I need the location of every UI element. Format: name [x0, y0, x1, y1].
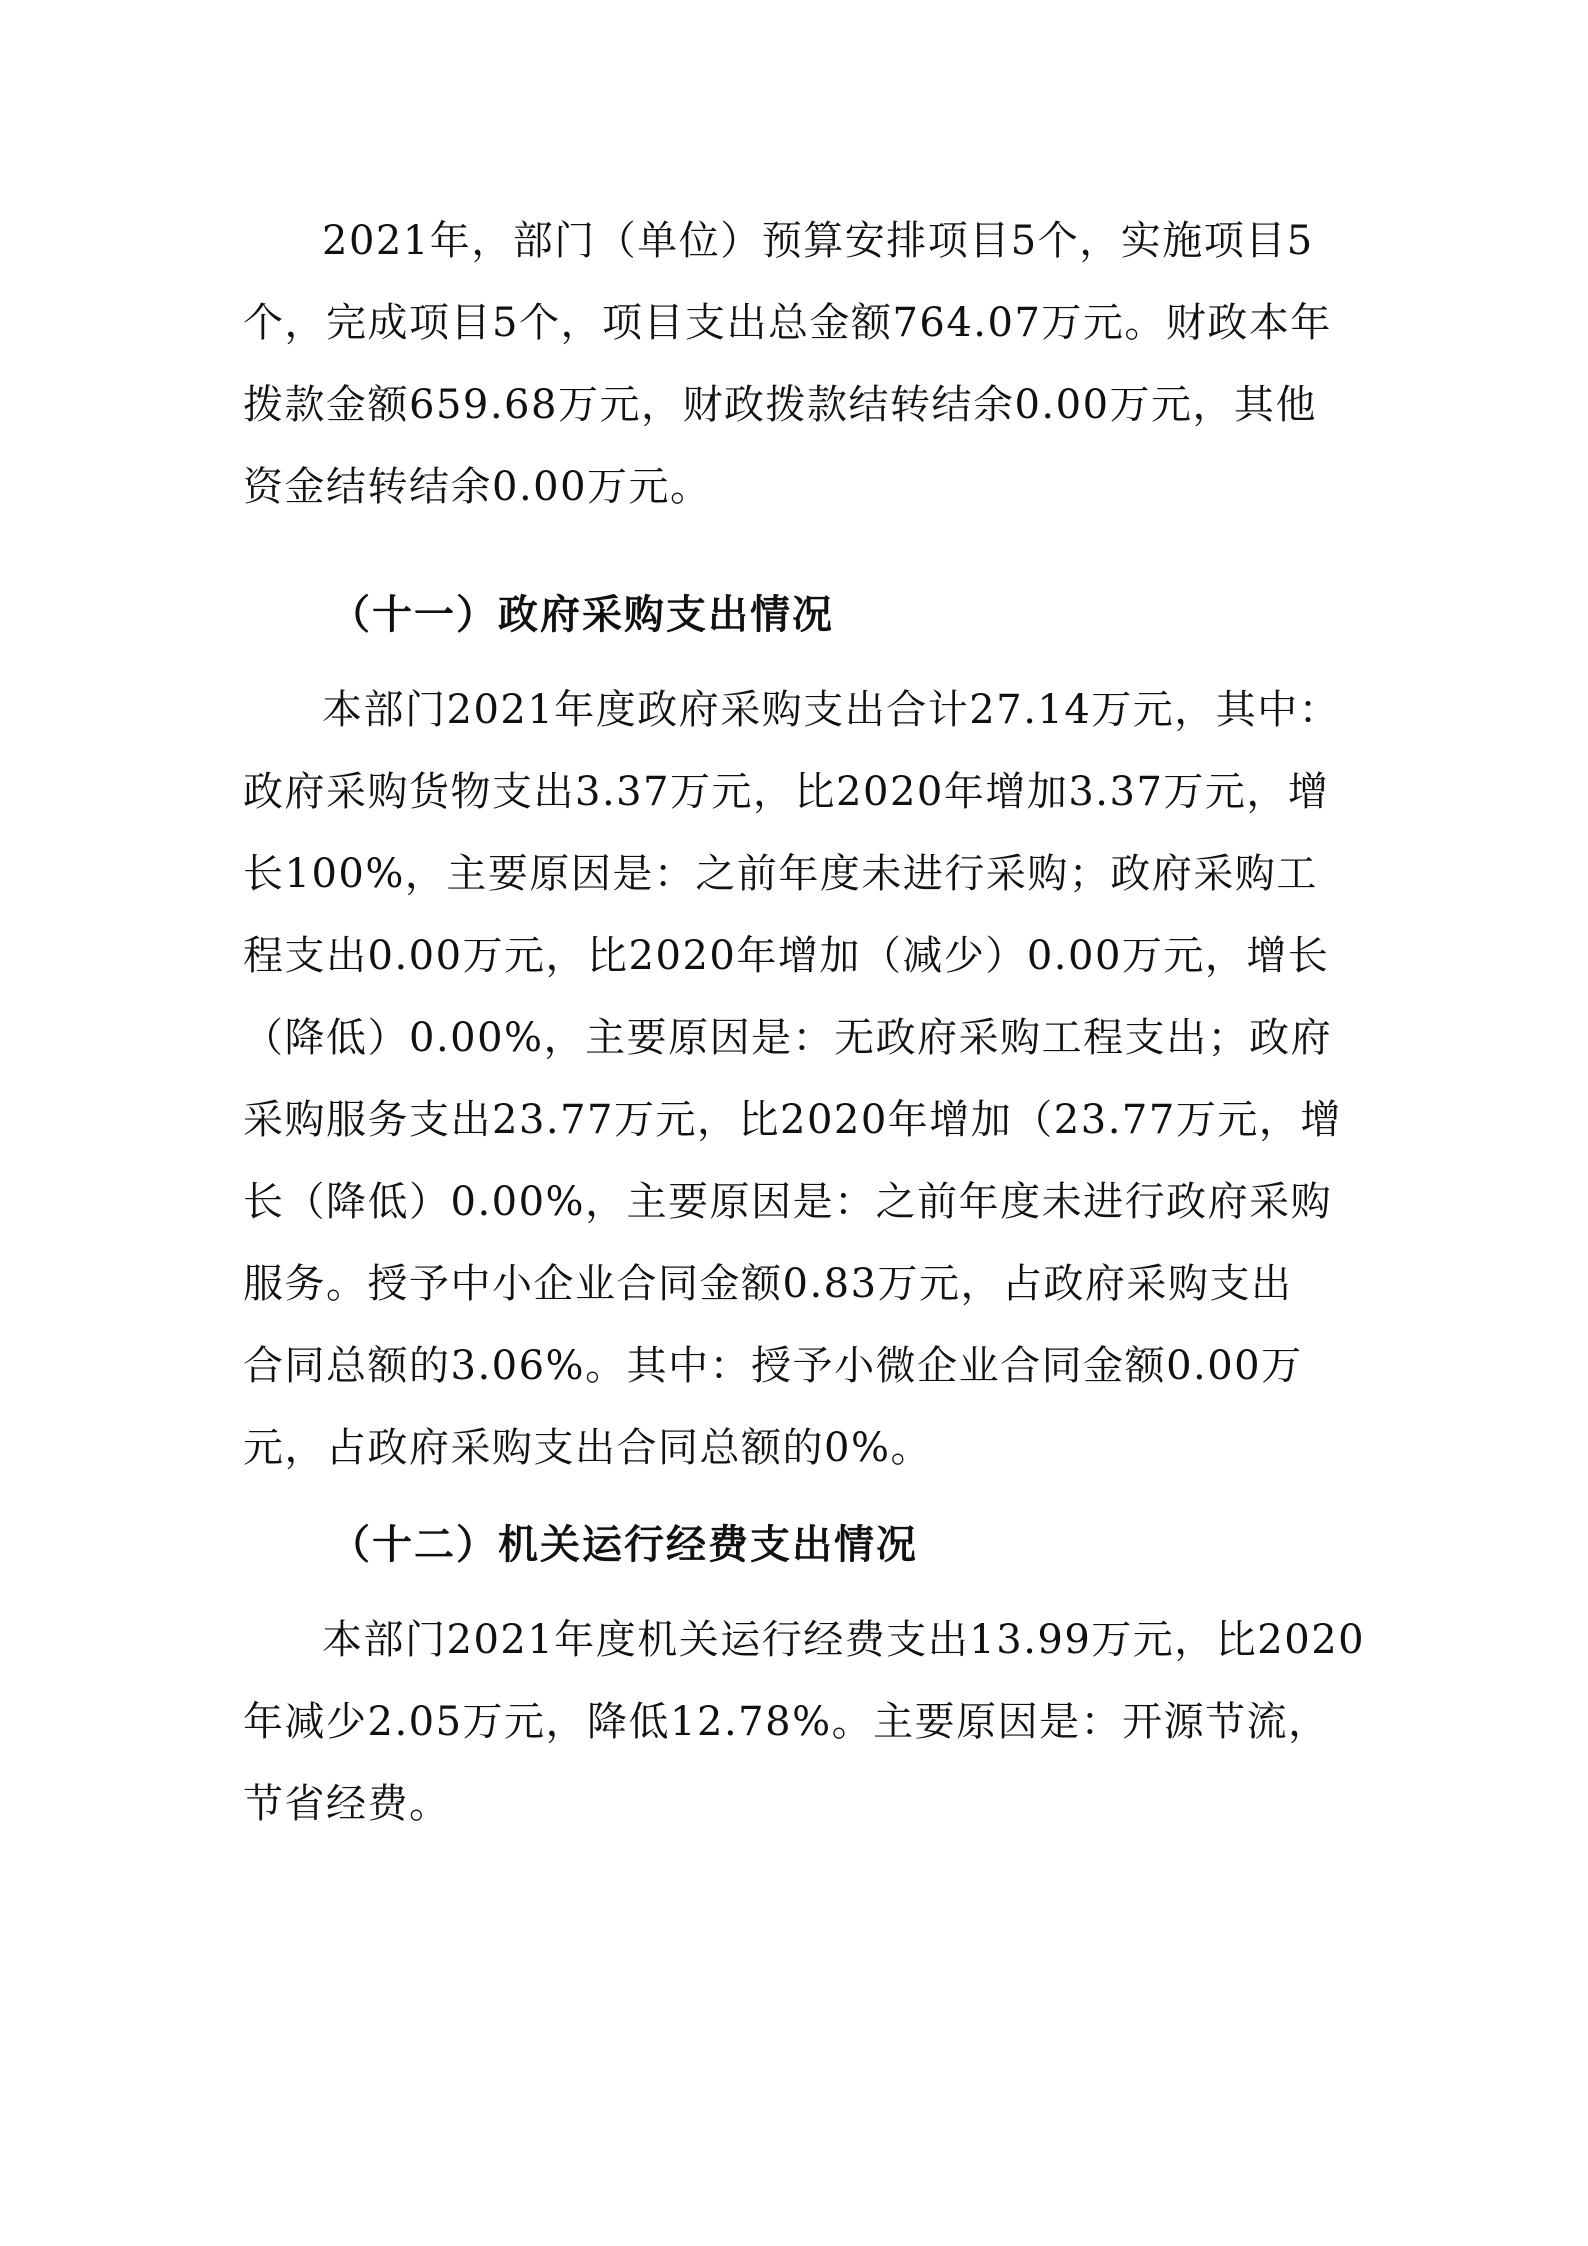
paragraph-projects-line-4: 资金结转结余0.00万元。: [243, 463, 1353, 511]
document-page: 2021年，部门（单位）预算安排项目5个，实施项目5 个，完成项目5个，项目支出…: [0, 0, 1588, 2246]
section-12-heading: （十二）机关运行经费支出情况: [330, 1521, 1440, 1569]
paragraph-projects-line-1: 2021年，部门（单位）预算安排项目5个，实施项目5: [322, 217, 1432, 265]
section-11-line-9: 合同总额的3.06%。其中：授予小微企业合同金额0.00万: [243, 1342, 1353, 1390]
section-11-line-1: 本部门2021年度政府采购支出合计27.14万元，其中：: [322, 686, 1432, 734]
section-11-line-8: 服务。授予中小企业合同金额0.83万元，占政府采购支出: [243, 1260, 1353, 1308]
section-11-line-7: 长（降低）0.00%，主要原因是：之前年度未进行政府采购: [243, 1178, 1353, 1226]
section-11-line-5: （降低）0.00%，主要原因是：无政府采购工程支出；政府: [243, 1014, 1353, 1062]
paragraph-projects-line-3: 拨款金额659.68万元，财政拨款结转结余0.00万元，其他: [243, 381, 1353, 429]
section-11-line-2: 政府采购货物支出3.37万元，比2020年增加3.37万元，增: [243, 768, 1353, 816]
section-11-line-6: 采购服务支出23.77万元，比2020年增加（23.77万元，增: [243, 1096, 1353, 1144]
section-12-line-1: 本部门2021年度机关运行经费支出13.99万元，比2020: [322, 1616, 1432, 1664]
paragraph-projects-line-2: 个，完成项目5个，项目支出总金额764.07万元。财政本年: [243, 299, 1353, 347]
section-11-line-3: 长100%，主要原因是：之前年度未进行采购；政府采购工: [243, 850, 1353, 898]
section-11-line-4: 程支出0.00万元，比2020年增加（减少）0.00万元，增长: [243, 932, 1353, 980]
section-12-line-3: 节省经费。: [243, 1780, 1353, 1828]
section-11-heading: （十一）政府采购支出情况: [330, 591, 1440, 639]
section-12-line-2: 年减少2.05万元，降低12.78%。主要原因是：开源节流，: [243, 1698, 1353, 1746]
section-11-line-10: 元，占政府采购支出合同总额的0%。: [243, 1424, 1353, 1472]
